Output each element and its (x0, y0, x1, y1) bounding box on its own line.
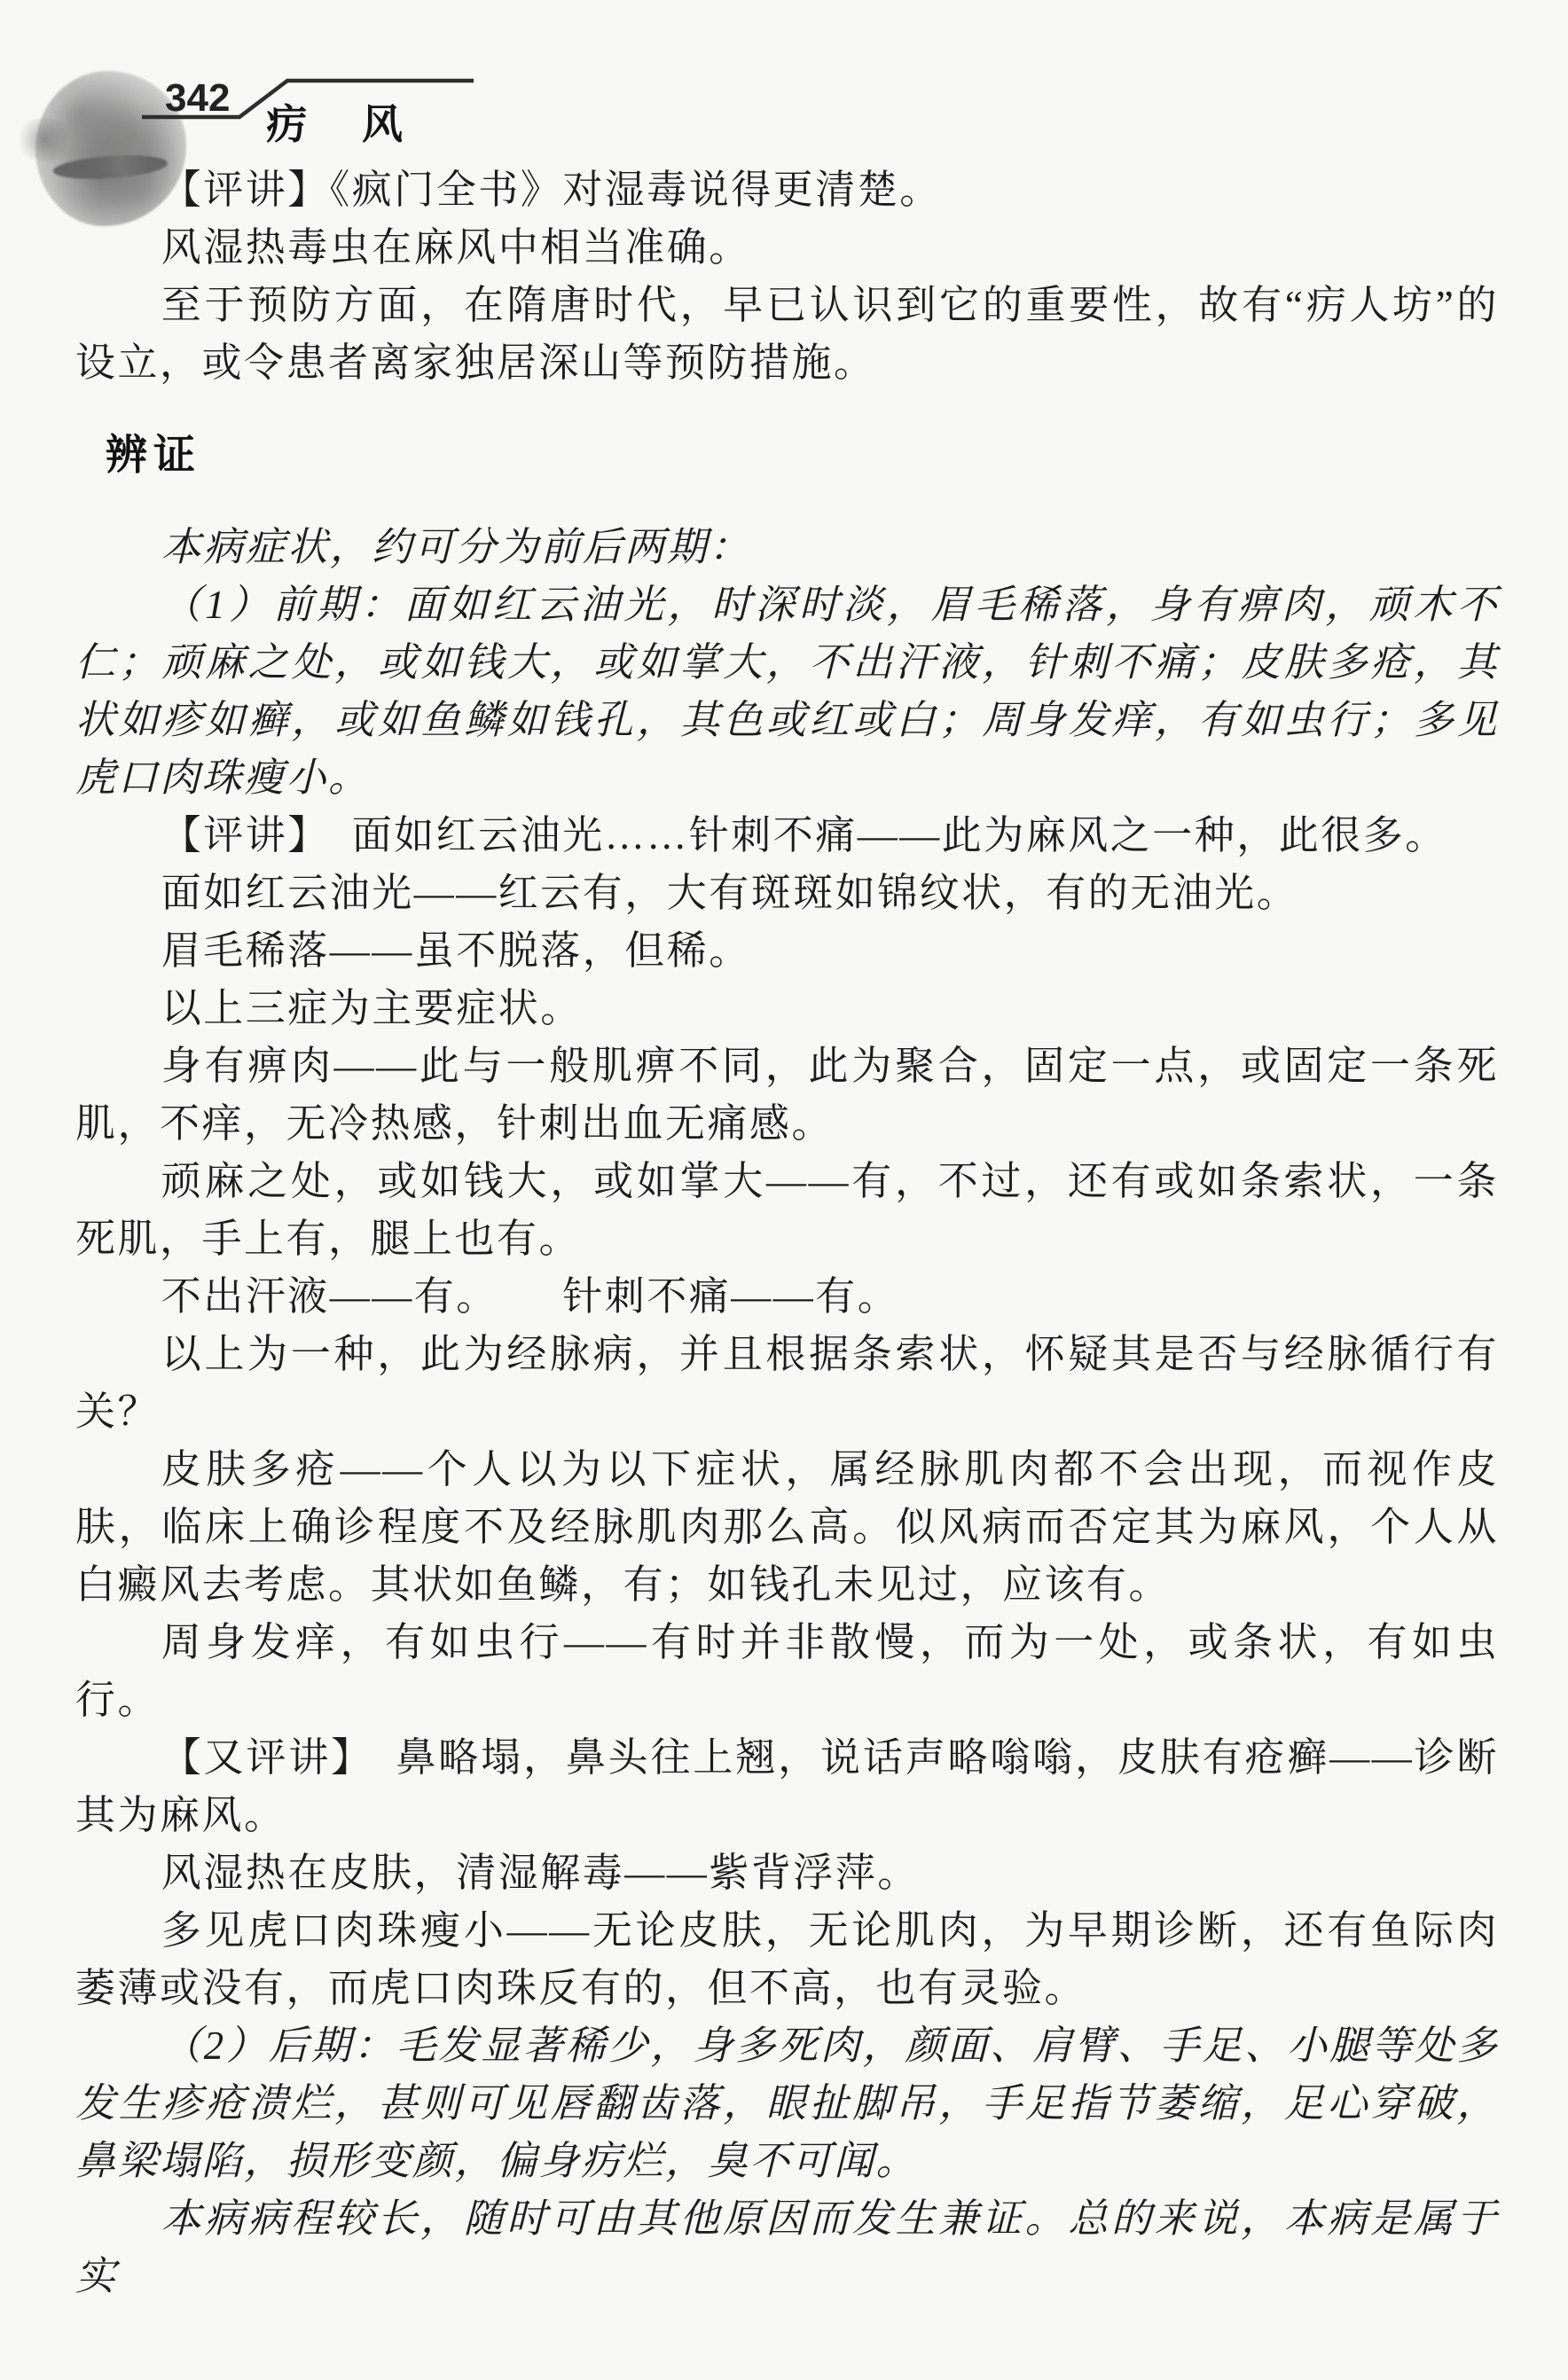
paragraph: 多见虎口肉珠瘦小——无论皮肤，无论肌肉，为早期诊断，还有鱼际肉萎薄或没有，而虎口… (75, 1902, 1499, 2017)
paragraph: 本病症状，约可分为前后两期： (75, 519, 1499, 576)
paragraph: 【评讲】《疯门全书》对湿毒说得更清楚。 (75, 161, 1499, 219)
paragraph: 风湿热在皮肤，清湿解毒——紫背浮萍。 (75, 1844, 1499, 1902)
page-body: 【评讲】《疯门全书》对湿毒说得更清楚。风湿热毒虫在麻风中相当准确。至于预防方面，… (75, 161, 1499, 2306)
paragraph: 顽麻之处，或如钱大，或如掌大——有，不过，还有或如条索状，一条死肌，手上有，腿上… (75, 1153, 1499, 1268)
paragraph: （2）后期：毛发显著稀少，身多死肉，颜面、肩臂、手足、小腿等处多发生疹疮溃烂，甚… (75, 2017, 1499, 2190)
paragraph: 身有痹肉——此与一般肌痹不同，此为聚合，固定一点，或固定一条死肌，不痒，无冷热感… (75, 1037, 1499, 1153)
bianzheng-section: 本病症状，约可分为前后两期：（1）前期：面如红云油光，时深时淡，眉毛稀落，身有痹… (75, 519, 1499, 2306)
section-heading: 辨证 (106, 426, 1499, 483)
paragraph: 周身发痒，有如虫行——有时并非散慢，而为一处，或条状，有如虫行。 (75, 1614, 1499, 1729)
paragraph: 本病病程较长，随时可由其他原因而发生兼证。总的来说，本病是属于实 (75, 2190, 1499, 2306)
paragraph: 【评讲】 面如红云油光……针刺不痛——此为麻风之一种，此很多。 (75, 807, 1499, 865)
paragraph: 以上为一种，此为经脉病，并且根据条索状，怀疑其是否与经脉循行有关？ (75, 1326, 1499, 1441)
paragraph: 不出汗液——有。 针刺不痛——有。 (75, 1268, 1499, 1326)
paragraph: （1）前期：面如红云油光，时深时淡，眉毛稀落，身有痹肉，顽木不仁；顽麻之处，或如… (75, 576, 1499, 807)
intro-section: 【评讲】《疯门全书》对湿毒说得更清楚。风湿热毒虫在麻风中相当准确。至于预防方面，… (75, 161, 1499, 392)
paragraph: 皮肤多疮——个人以为以下症状，属经脉肌肉都不会出现，而视作皮肤，临床上确诊程度不… (75, 1441, 1499, 1614)
paragraph: 风湿热毒虫在麻风中相当准确。 (75, 219, 1499, 277)
paragraph: 眉毛稀落——虽不脱落，但稀。 (75, 922, 1499, 980)
paragraph: 【又评讲】 鼻略塌，鼻头往上翘，说话声略嗡嗡，皮肤有疮癣——诊断其为麻风。 (75, 1729, 1499, 1844)
paragraph: 面如红云油光——红云有，大有斑斑如锦纹状，有的无油光。 (75, 865, 1499, 922)
paragraph: 至于预防方面，在隋唐时代，早已认识到它的重要性，故有“疠人坊”的设立，或令患者离… (75, 277, 1499, 392)
paragraph: 以上三症为主要症状。 (75, 980, 1499, 1037)
book-page: 342 疠风 【评讲】《疯门全书》对湿毒说得更清楚。风湿热毒虫在麻风中相当准确。… (0, 0, 1568, 2380)
chapter-title: 疠风 (266, 92, 458, 151)
